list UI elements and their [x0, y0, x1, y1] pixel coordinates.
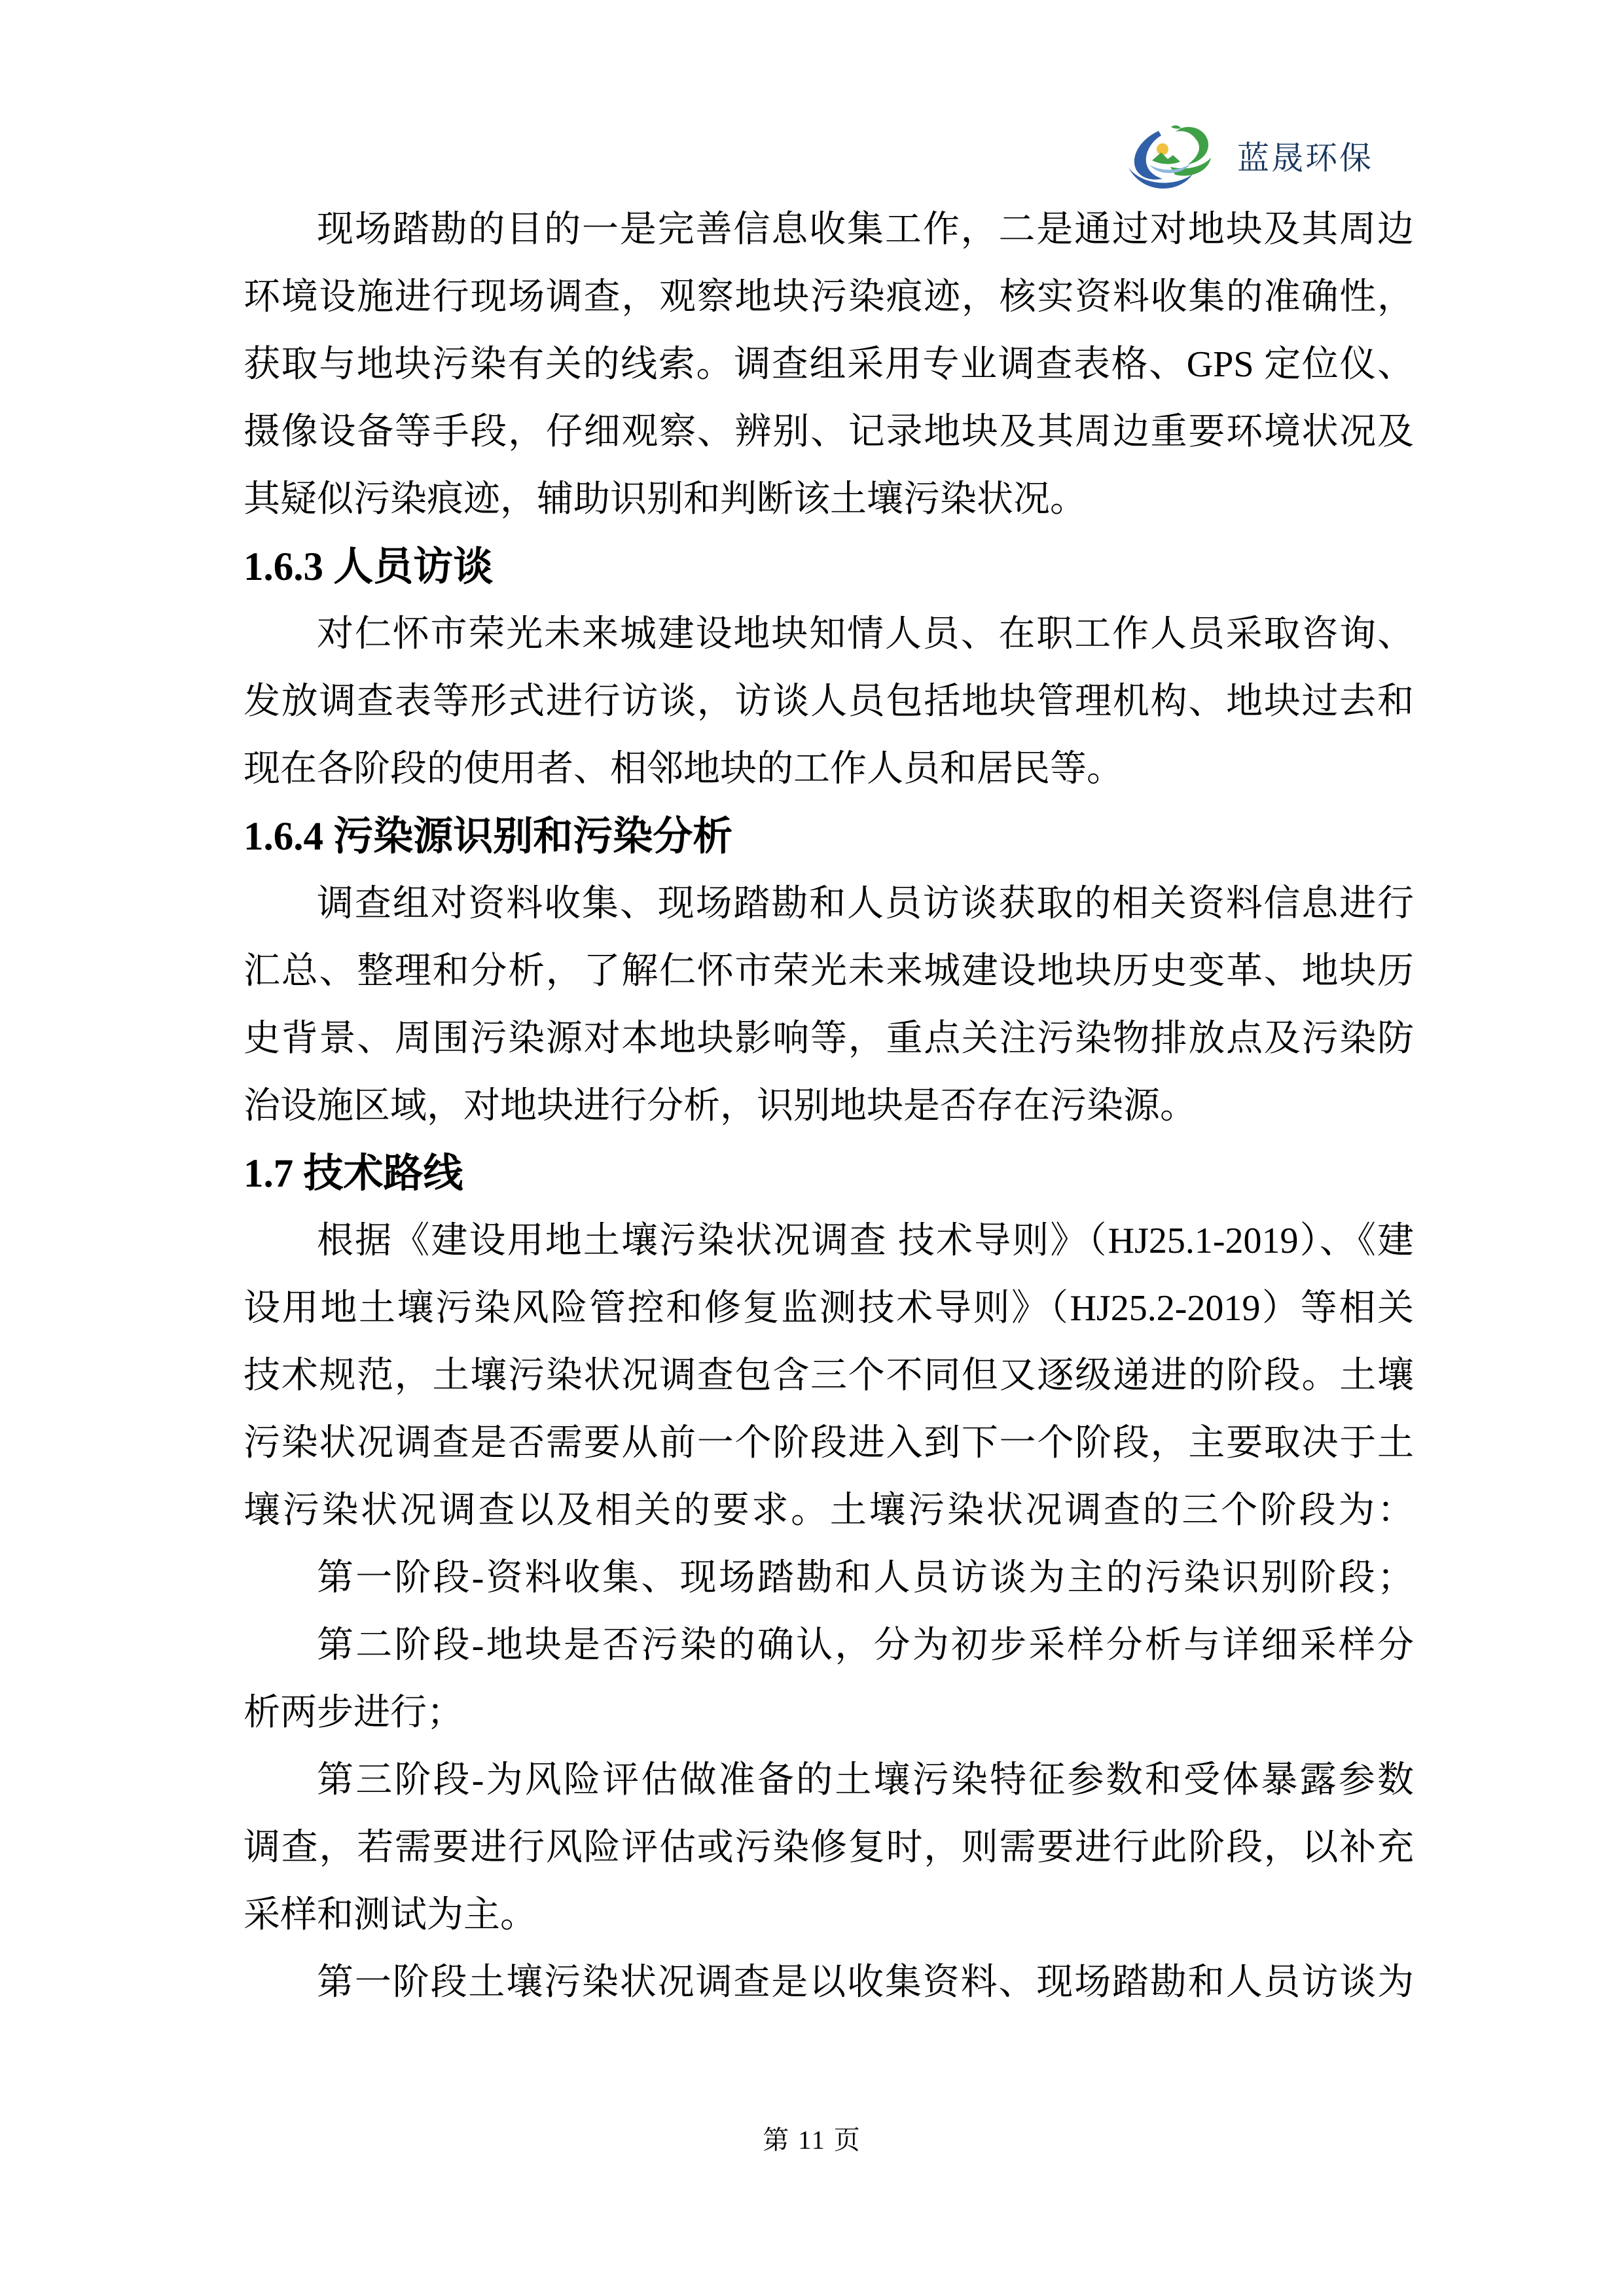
company-logo-icon — [1125, 122, 1223, 190]
body-text-line: 壤污染状况调查以及相关的要求。土壤污染状况调查的三个阶段为： — [244, 1477, 1414, 1545]
page-footer: 第 11 页 — [0, 2119, 1624, 2157]
body-text-line: 治设施区域，对地块进行分析，识别地块是否存在污染源。 — [244, 1073, 1414, 1140]
body-text-line: 第二阶段-地块是否污染的确认，分为初步采样分析与详细采样分 — [244, 1612, 1414, 1679]
body-text-line: 史背景、周围污染源对本地块影响等，重点关注污染物排放点及污染防 — [244, 1005, 1414, 1073]
document-body: 现场踏勘的目的一是完善信息收集工作，二是通过对地块及其周边环境设施进行现场调查，… — [244, 196, 1414, 2017]
company-logo-text: 蓝晟环保 — [1237, 133, 1373, 179]
body-text-line: 环境设施进行现场调查，观察地块污染痕迹，核实资料收集的准确性， — [244, 264, 1414, 331]
body-text-line: 发放调查表等形式进行访谈，访谈人员包括地块管理机构、地块过去和 — [244, 668, 1414, 736]
page-number: 第 11 页 — [763, 2125, 861, 2155]
body-text-line: 汇总、整理和分析，了解仁怀市荣光未来城建设地块历史变革、地块历 — [244, 938, 1414, 1005]
body-text-line: 设用地土壤污染风险管控和修复监测技术导则》（HJ25.2-2019）等相关 — [244, 1275, 1414, 1342]
body-text-line: 获取与地块污染有关的线索。调查组采用专业调查表格、GPS 定位仪、 — [244, 331, 1414, 399]
body-text-line: 析两步进行； — [244, 1679, 1414, 1747]
document-page: 蓝晟环保 现场踏勘的目的一是完善信息收集工作，二是通过对地块及其周边环境设施进行… — [0, 0, 1624, 2296]
body-text-line: 根据《建设用地土壤污染状况调查 技术导则》（HJ25.1-2019）、《建 — [244, 1208, 1414, 1275]
body-text-line: 第三阶段-为风险评估做准备的土壤污染特征参数和受体暴露参数 — [244, 1747, 1414, 1814]
body-text-line: 摄像设备等手段，仔细观察、辨别、记录地块及其周边重要环境状况及 — [244, 399, 1414, 466]
body-text-line: 第一阶段-资料收集、现场踏勘和人员访谈为主的污染识别阶段； — [244, 1545, 1414, 1612]
body-text-line: 对仁怀市荣光未来城建设地块知情人员、在职工作人员采取咨询、 — [244, 601, 1414, 668]
body-text-line: 技术规范，土壤污染状况调查包含三个不同但又逐级递进的阶段。土壤 — [244, 1342, 1414, 1410]
company-logo: 蓝晟环保 — [1125, 122, 1373, 190]
body-text-line: 其疑似污染痕迹，辅助识别和判断该土壤污染状况。 — [244, 466, 1414, 533]
section-heading-1.6.4: 1.6.4 污染源识别和污染分析 — [244, 803, 1414, 870]
body-text-line: 现场踏勘的目的一是完善信息收集工作，二是通过对地块及其周边 — [244, 196, 1414, 264]
section-heading-1.7: 1.7 技术路线 — [244, 1140, 1414, 1208]
section-heading-1.6.3: 1.6.3 人员访谈 — [244, 533, 1414, 601]
body-text-line: 采样和测试为主。 — [244, 1882, 1414, 1949]
body-text-line: 第一阶段土壤污染状况调查是以收集资料、现场踏勘和人员访谈为 — [244, 1949, 1414, 2017]
body-text-line: 调查，若需要进行风险评估或污染修复时，则需要进行此阶段，以补充 — [244, 1814, 1414, 1882]
body-text-line: 污染状况调查是否需要从前一个阶段进入到下一个阶段，主要取决于土 — [244, 1410, 1414, 1477]
body-text-line: 现在各阶段的使用者、相邻地块的工作人员和居民等。 — [244, 736, 1414, 803]
body-text-line: 调查组对资料收集、现场踏勘和人员访谈获取的相关资料信息进行 — [244, 870, 1414, 938]
